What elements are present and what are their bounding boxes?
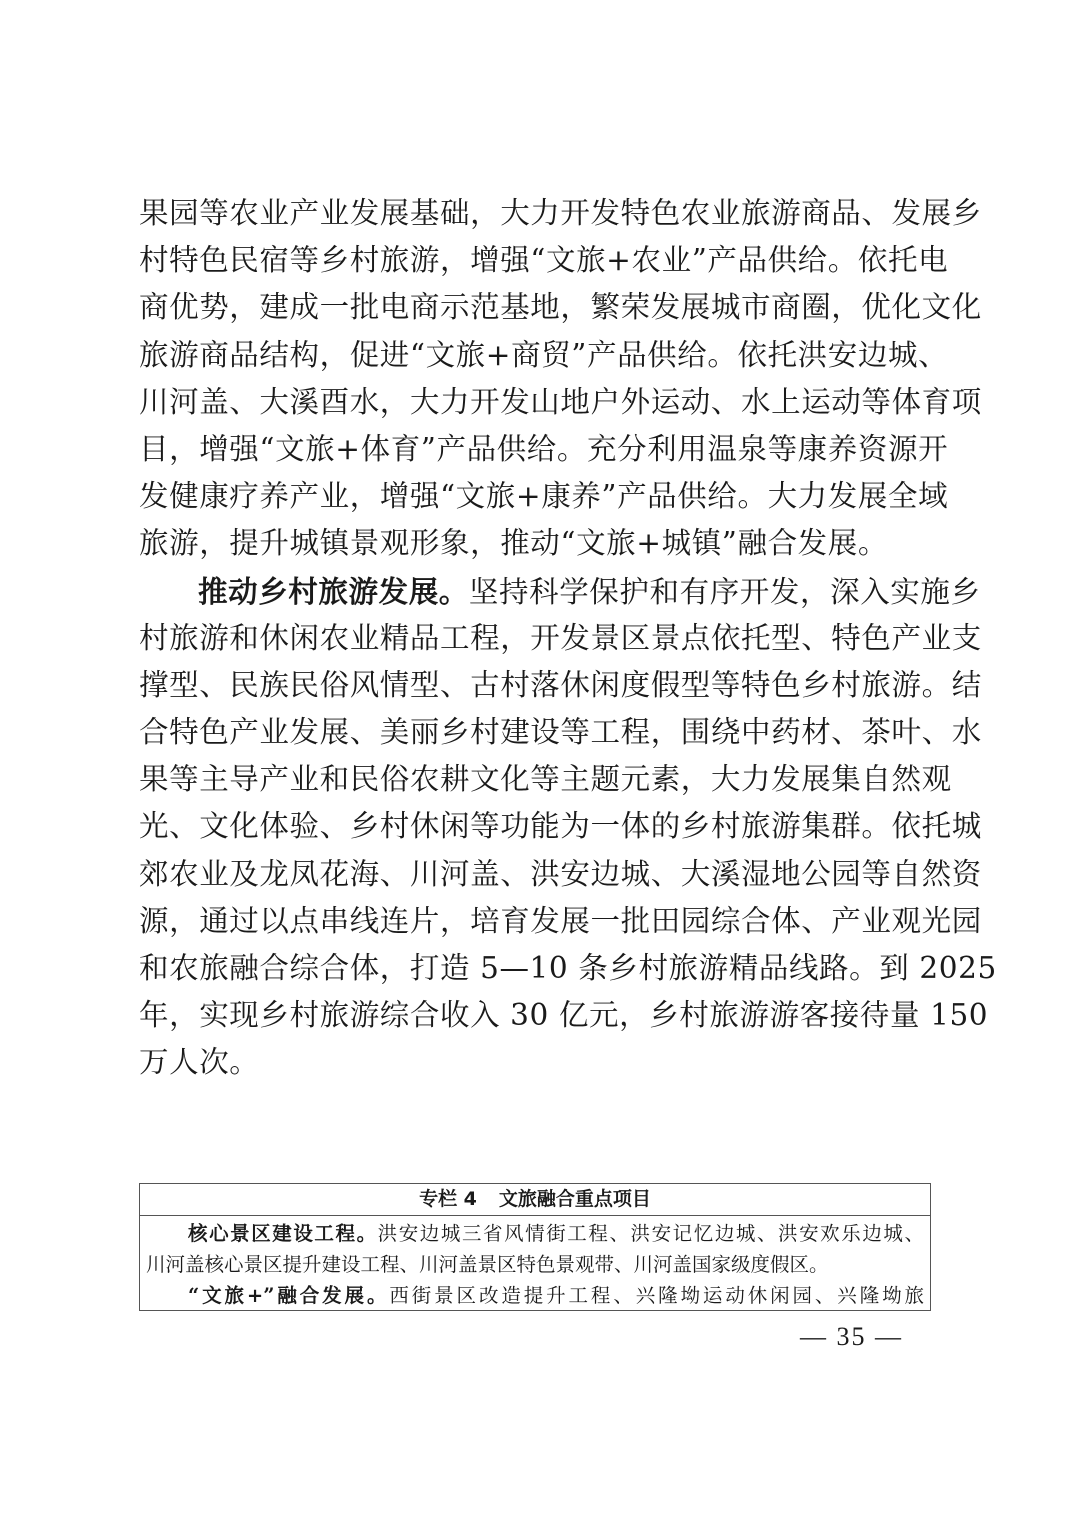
text-line: 发健康疗养产业，增强“文旅+康养”产品供给。大力发展全域	[139, 473, 935, 520]
section-heading: 推动乡村旅游发展。	[198, 574, 469, 609]
text-line: 村旅游和休闲农业精品工程，开发景区景点依托型、特色产业支	[139, 615, 935, 662]
text-line: 果等主导产业和民俗农耕文化等主题元素，大力发展集自然观	[139, 756, 935, 803]
box-item-integration: “文旅+”融合发展。西街景区改造提升工程、兴隆坳运动休闲园、兴隆坳旅	[146, 1280, 924, 1311]
text-line: 合特色产业发展、美丽乡村建设等工程，围绕中药材、茶叶、水	[139, 709, 935, 756]
text-span: 西街景区改造提升工程、兴隆坳运动休闲园、兴隆坳旅	[389, 1284, 924, 1307]
text-line: 果园等农业产业发展基础，大力开发特色农业旅游商品、发展乡	[139, 190, 935, 237]
text-line: 旅游，提升城镇景观形象，推动“文旅+城镇”融合发展。	[139, 520, 935, 567]
text-line: 撑型、民族民俗风情型、古村落休闲度假型等特色乡村旅游。结	[139, 662, 935, 709]
text-line: 目，增强“文旅+体育”产品供给。充分利用温泉等康养资源开	[139, 426, 935, 473]
box-item-heading: 核心景区建设工程。	[188, 1222, 378, 1245]
text-line: 年，实现乡村旅游综合收入 30 亿元，乡村旅游游客接待量 150	[139, 992, 935, 1039]
text-line: 万人次。	[139, 1039, 935, 1086]
text-line: 郊农业及龙凤花海、川河盖、洪安边城、大溪湿地公园等自然资	[139, 851, 935, 898]
box-body: 核心景区建设工程。洪安边城三省风情街工程、洪安记忆边城、洪安欢乐边城、 川河盖核…	[140, 1216, 930, 1311]
text-line: 旅游商品结构，促进“文旅+商贸”产品供给。依托洪安边城、	[139, 332, 935, 379]
box-label: 专栏 4	[419, 1188, 477, 1210]
box-item-core-scenic: 核心景区建设工程。洪安边城三省风情街工程、洪安记忆边城、洪安欢乐边城、	[146, 1218, 924, 1249]
text-span: 坚持科学保护和有序开发，深入实施乡	[469, 575, 981, 609]
text-line: 川河盖、大溪酉水，大力开发山地户外运动、水上运动等体育项	[139, 379, 935, 426]
text-line: 商优势，建成一批电商示范基地，繁荣发展城市商圈，优化文化	[139, 284, 935, 331]
text-line: 光、文化体验、乡村休闲等功能为一体的乡村旅游集群。依托城	[139, 803, 935, 850]
text-line: 推动乡村旅游发展。坚持科学保护和有序开发，深入实施乡	[139, 568, 935, 615]
document-body: 果园等农业产业发展基础，大力开发特色农业旅游商品、发展乡 村特色民宿等乡村旅游，…	[139, 190, 935, 1087]
paragraph-rural-tourism: 推动乡村旅游发展。坚持科学保护和有序开发，深入实施乡 村旅游和休闲农业精品工程，…	[139, 568, 935, 1087]
text-line: 源，通过以点串线连片，培育发展一批田园综合体、产业观光园	[139, 898, 935, 945]
page-number: — 35 —	[800, 1322, 903, 1352]
sidebar-box-column-4: 专栏 4文旅融合重点项目 核心景区建设工程。洪安边城三省风情街工程、洪安记忆边城…	[139, 1183, 931, 1311]
text-line: 川河盖核心景区提升建设工程、川河盖景区特色景观带、川河盖国家级度假区。	[146, 1249, 924, 1280]
text-line: 村特色民宿等乡村旅游，增强“文旅+农业”产品供给。依托电	[139, 237, 935, 284]
box-title: 专栏 4文旅融合重点项目	[140, 1184, 930, 1216]
paragraph-cultural-tourism-integration: 果园等农业产业发展基础，大力开发特色农业旅游商品、发展乡 村特色民宿等乡村旅游，…	[139, 190, 935, 568]
box-item-heading: “文旅+”融合发展。	[188, 1284, 389, 1307]
text-span: 洪安边城三省风情街工程、洪安记忆边城、洪安欢乐边城、	[378, 1222, 924, 1245]
box-title-text: 文旅融合重点项目	[499, 1188, 651, 1210]
text-line: 和农旅融合综合体，打造 5—10 条乡村旅游精品线路。到 2025	[139, 945, 935, 992]
